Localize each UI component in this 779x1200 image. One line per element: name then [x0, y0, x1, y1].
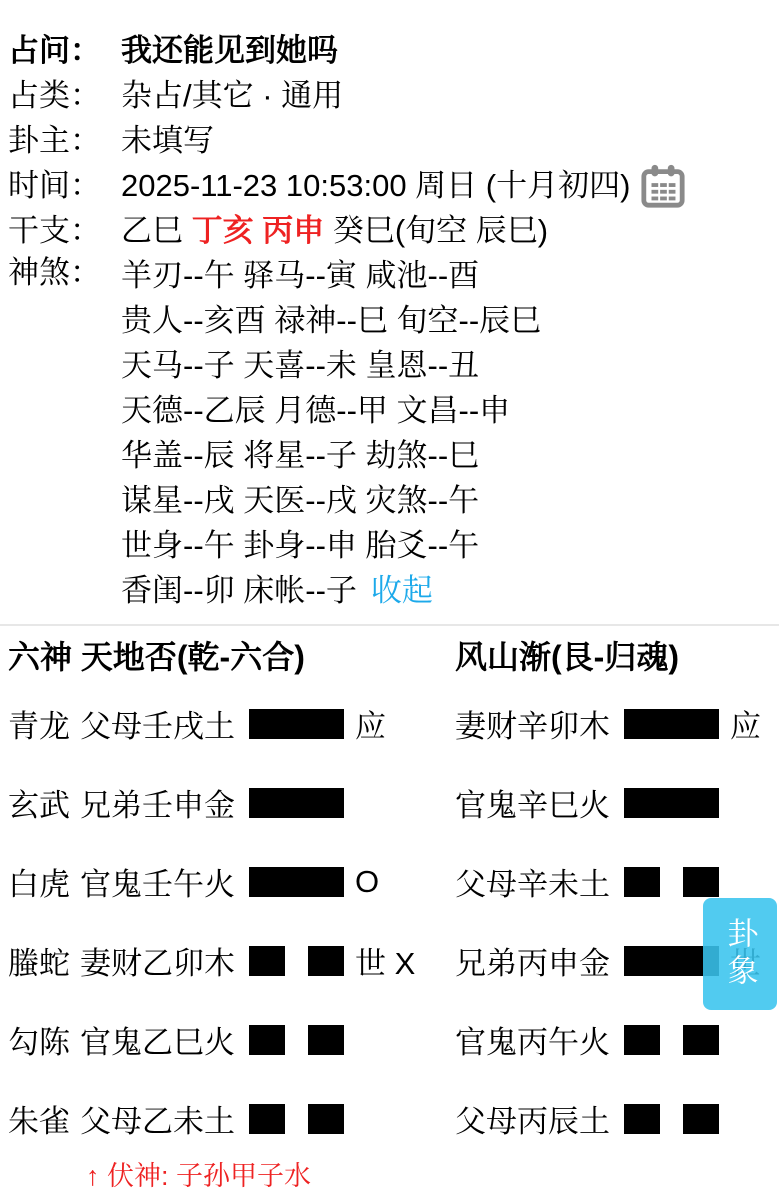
yao-line [249, 946, 344, 976]
six-god-label: 玄武 [8, 780, 70, 825]
yao-row: 朱雀 父母乙未土 [8, 1079, 455, 1158]
six-god-label: 白虎 [8, 859, 70, 904]
changed-hexagram-title: 风山渐(艮-归魂) [455, 626, 779, 684]
shensha-line: 谋星--戌 天医--戌 灾煞--午 [121, 475, 541, 520]
category-label: 占类： [8, 70, 121, 115]
question-row: 占问： 我还能见到她吗 [8, 25, 779, 70]
question-label: 占问： [8, 25, 121, 70]
yao-line [624, 1025, 719, 1055]
shensha-line: 羊刃--午 驿马--寅 咸池--酉 [121, 250, 541, 295]
fushen-note: ↑ 伏神: 子孙甲子水 [86, 1154, 455, 1193]
hexagram-image-button-label: 卦象 [718, 917, 763, 991]
yao-line [249, 709, 344, 739]
category-row: 占类： 杂占/其它 · 通用 [8, 70, 779, 115]
ganzhi-highlight: 丁亥 丙申 [192, 205, 325, 250]
question-value: 我还能见到她吗 [121, 25, 338, 70]
yao-text: 官鬼壬午火 [80, 859, 235, 904]
yao-marker: 应 [730, 701, 761, 746]
six-god-label: 螣蛇 [8, 938, 70, 983]
owner-row: 卦主： 未填写 [8, 115, 779, 160]
ganzhi-label: 干支： [8, 205, 121, 250]
yao-row: 父母丙辰土 [455, 1079, 779, 1158]
yao-row: 官鬼丙午火 [455, 1000, 779, 1079]
yao-row: 白虎 官鬼壬午火 O [8, 842, 455, 921]
yao-line [624, 709, 719, 739]
calendar-icon[interactable] [640, 163, 686, 209]
shensha-line: 天德--乙辰 月德--甲 文昌--申 [121, 385, 541, 430]
yao-line [624, 788, 719, 818]
ganzhi-year-month: 乙巳 [121, 205, 192, 250]
time-label: 时间： [8, 160, 121, 205]
yao-line [624, 867, 719, 897]
yao-line [249, 788, 344, 818]
yao-text: 妻财辛卯木 [455, 701, 610, 746]
time-row: 时间： 2025-11-23 10:53:00 周日 (十月初四) [8, 160, 779, 205]
yao-line [249, 1025, 344, 1055]
owner-label: 卦主： [8, 115, 121, 160]
shensha-line: 世身--午 卦身--申 胎爻--午 [121, 520, 541, 565]
yao-row: 青龙 父母壬戌土 应 [8, 684, 455, 763]
yao-text: 兄弟丙申金 [455, 938, 610, 983]
shensha-label: 神煞： [8, 250, 121, 295]
yao-line [249, 867, 344, 897]
original-hexagram-title: 六神 天地否(乾-六合) [8, 626, 455, 684]
shensha-line: 华盖--辰 将星--子 劫煞--巳 [121, 430, 541, 475]
shensha-last-line: 香闺--卯 床帐--子 收起 [121, 565, 541, 610]
yao-row: 勾陈 官鬼乙巳火 [8, 1000, 455, 1079]
divination-detail-page: 占问： 我还能见到她吗 占类： 杂占/其它 · 通用 卦主： 未填写 时间： 2… [0, 0, 779, 1200]
hexagrams-section: 六神 天地否(乾-六合) 青龙 父母壬戌土 应 玄武 兄弟壬申金 白虎 官鬼壬午… [0, 626, 779, 1193]
yao-text: 父母乙未土 [80, 1096, 235, 1141]
shensha-line: 香闺--卯 床帐--子 [121, 565, 357, 610]
original-hexagram-column: 六神 天地否(乾-六合) 青龙 父母壬戌土 应 玄武 兄弟壬申金 白虎 官鬼壬午… [8, 626, 455, 1193]
yao-row: 螣蛇 妻财乙卯木 世 X [8, 921, 455, 1000]
yao-marker: O [355, 864, 379, 900]
yao-text: 官鬼丙午火 [455, 1017, 610, 1062]
six-god-label: 朱雀 [8, 1096, 70, 1141]
yao-row: 官鬼辛巳火 [455, 763, 779, 842]
yao-marker: 应 [355, 701, 386, 746]
yao-line [249, 1104, 344, 1134]
hexagram-image-button[interactable]: 卦象 [703, 898, 777, 1010]
collapse-link[interactable]: 收起 [371, 565, 433, 610]
ganzhi-hour-xunkong: 癸巳(旬空 辰巳) [324, 205, 548, 250]
shensha-line: 天马--子 天喜--未 皇恩--丑 [121, 340, 541, 385]
shensha-block: 神煞： 羊刃--午 驿马--寅 咸池--酉 贵人--亥酉 禄神--巳 旬空--辰… [8, 250, 779, 610]
yao-text: 官鬼乙巳火 [80, 1017, 235, 1062]
category-value: 杂占/其它 · 通用 [121, 70, 343, 115]
yao-text: 父母壬戌土 [80, 701, 235, 746]
six-god-label: 勾陈 [8, 1017, 70, 1062]
shensha-lines: 羊刃--午 驿马--寅 咸池--酉 贵人--亥酉 禄神--巳 旬空--辰巳 天马… [121, 250, 541, 610]
case-info-block: 占问： 我还能见到她吗 占类： 杂占/其它 · 通用 卦主： 未填写 时间： 2… [0, 0, 779, 610]
yao-text: 父母丙辰土 [455, 1096, 610, 1141]
yao-text: 官鬼辛巳火 [455, 780, 610, 825]
yao-marker: 世 X [355, 938, 415, 983]
yao-text: 父母辛未土 [455, 859, 610, 904]
six-god-label: 青龙 [8, 701, 70, 746]
yao-text: 妻财乙卯木 [80, 938, 235, 983]
ganzhi-row: 干支： 乙巳 丁亥 丙申 癸巳(旬空 辰巳) [8, 205, 779, 250]
shensha-line: 贵人--亥酉 禄神--巳 旬空--辰巳 [121, 295, 541, 340]
yao-row: 玄武 兄弟壬申金 [8, 763, 455, 842]
yao-row: 妻财辛卯木 应 [455, 684, 779, 763]
owner-value: 未填写 [121, 115, 214, 160]
time-value: 2025-11-23 10:53:00 周日 (十月初四) [121, 160, 630, 205]
yao-text: 兄弟壬申金 [80, 780, 235, 825]
yao-line [624, 1104, 719, 1134]
